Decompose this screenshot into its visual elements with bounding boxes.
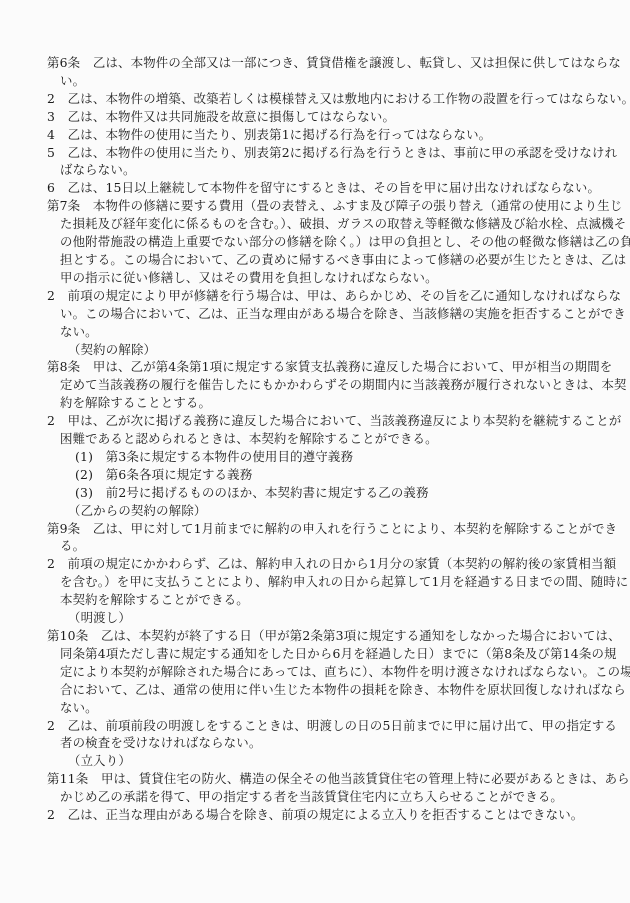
document-line: 2 乙は、本物件の増築、改築若しくは模様替え又は敷地内における工作物の設置を行っ… — [47, 90, 603, 108]
document-line: 甲の指示に従い修繕し、又はその費用を負担しなければならない。 — [47, 269, 603, 287]
document-line: 2 前項の規定にかかわらず、乙は、解約申入れの日から1月分の家賃（本契約の解約後… — [47, 555, 603, 573]
line-text: 困難であると認められるときは、本契約を解除することができる。 — [60, 431, 438, 446]
line-text: 2 前項の規定により甲が修繕を行う場合は、甲は、あらかじめ、その旨を乙に通知しな… — [47, 288, 621, 303]
document-line: 5 乙は、本物件の使用に当たり、別表第2に掲げる行為を行うときは、事前に甲の承認… — [47, 144, 603, 162]
document-line: 4 乙は、本物件の使用に当たり、別表第1に掲げる行為を行ってはならない。 — [47, 126, 603, 144]
document-line: かじめ乙の承諾を得て、甲の指定する者を当該賃貸住宅内に立ち入らせることができる。 — [47, 788, 603, 806]
line-text: (3) 前2号に掲げるもののほか、本契約書に規定する乙の義務 — [75, 485, 429, 500]
document-line: 困難であると認められるときは、本契約を解除することができる。 — [47, 430, 603, 448]
document-line: 第11条 甲は、賃貸住宅の防火、構造の保全その他当該賃貸住宅の管理上特に必要があ… — [47, 770, 603, 788]
line-text: 定めて当該義務の履行を催告したにもかかわらずその期間内に当該義務が履行されないと… — [60, 377, 627, 392]
line-text: かじめ乙の承諾を得て、甲の指定する者を当該賃貸住宅内に立ち入らせることができる。 — [60, 789, 563, 804]
document-line: （契約の解除） — [47, 341, 603, 359]
document-line: 本契約を解除することができる。 — [47, 591, 603, 609]
line-text: ばならない。 — [60, 162, 136, 177]
line-text: を含む。）を甲に支払うことにより、解約申入れの日から起算して1月を経過する日まで… — [60, 574, 628, 589]
line-text: の他附帯施設の構造上重要でない部分の修繕を除く。）は甲の負担とし、その他の軽微な… — [60, 234, 630, 249]
document-line: 第6条 乙は、本物件の全部又は一部につき、賃貸借権を譲渡し、転貸し、又は担保に供… — [47, 54, 603, 72]
contract-page: 第6条 乙は、本物件の全部又は一部につき、賃貸借権を譲渡し、転貸し、又は担保に供… — [47, 54, 603, 824]
document-line: 者の検査を受けなければならない。 — [47, 734, 603, 752]
line-text: （明渡し） — [68, 610, 131, 625]
document-line: い。この場合において、乙は、正当な理由がある場合を除き、当該修繕の実施を拒否する… — [47, 305, 603, 323]
document-line: 2 乙は、前項前段の明渡しをすることきは、明渡しの日の5日前までに甲に届け出て、… — [47, 717, 603, 735]
line-text: た損耗及び経年変化に係るものを含む。）、破損、ガラスの取替え等軽微な修繕及び給水… — [60, 216, 626, 231]
line-text: 3 乙は、本物件又は共同施設を故意に損傷してはならない。 — [47, 109, 395, 124]
document-line: （立入り） — [47, 752, 603, 770]
document-line: （明渡し） — [47, 609, 603, 627]
line-text: 本契約を解除することができる。 — [60, 592, 249, 607]
document-line: 第7条 本物件の修繕に要する費用（畳の表替え、ふすま及び障子の張り替え（通常の使… — [47, 197, 603, 215]
document-line: の他附帯施設の構造上重要でない部分の修繕を除く。）は甲の負担とし、その他の軽微な… — [47, 233, 603, 251]
document-line: 3 乙は、本物件又は共同施設を故意に損傷してはならない。 — [47, 108, 603, 126]
document-line: 第8条 甲は、乙が第4条第1項に規定する家賃支払義務に違反した場合において、甲が… — [47, 358, 603, 376]
line-text: 第10条 乙は、本契約が終了する日（甲が第2条第3項に規定する通知をしなかった場… — [47, 628, 621, 643]
line-text: （契約の解除） — [68, 342, 156, 357]
line-text: 者の検査を受けなければならない。 — [60, 735, 261, 750]
document-line: ばならない。 — [47, 161, 603, 179]
line-text: 2 乙は、前項前段の明渡しをすることきは、明渡しの日の5日前までに甲に届け出て、… — [47, 718, 617, 733]
document-line: 定めて当該義務の履行を催告したにもかかわらずその期間内に当該義務が履行されないと… — [47, 376, 603, 394]
document-line: 2 甲は、乙が次に掲げる義務に違反した場合において、当該義務違反により本契約を継… — [47, 412, 603, 430]
document-line: 2 前項の規定により甲が修繕を行う場合は、甲は、あらかじめ、その旨を乙に通知しな… — [47, 287, 603, 305]
document-line: 約を解除することとする。 — [47, 394, 603, 412]
line-text: 第7条 本物件の修繕に要する費用（畳の表替え、ふすま及び障子の張り替え（通常の使… — [47, 198, 622, 213]
line-text: 担とする。この場合において、乙の責めに帰するべき事由によって修繕の必要が生じたと… — [60, 252, 626, 267]
line-text: 2 甲は、乙が次に掲げる義務に違反した場合において、当該義務違反により本契約を継… — [47, 413, 621, 428]
document-line: 同条第4項ただし書に規定する通知をした日から6月を経過した日）までに（第8条及び… — [47, 645, 603, 663]
line-text: （立入り） — [68, 753, 131, 768]
document-line: （乙からの契約の解除） — [47, 502, 603, 520]
line-text: 合において、乙は、通常の使用に伴い生じた本物件の損耗を除き、本物件を原状回復しな… — [60, 682, 626, 697]
document-line: 合において、乙は、通常の使用に伴い生じた本物件の損耗を除き、本物件を原状回復しな… — [47, 681, 603, 699]
document-line: 6 乙は、15日以上継続して本物件を留守にするときは、その旨を甲に届け出なければ… — [47, 179, 603, 197]
document-line: 第10条 乙は、本契約が終了する日（甲が第2条第3項に規定する通知をしなかった場… — [47, 627, 603, 645]
line-text: 2 乙は、正当な理由がある場合を除き、前項の規定による立入りを拒否することはでき… — [47, 807, 583, 822]
line-text: 定により本契約が解除された場合にあっては、直ちに）、本物件を明け渡さなければなら… — [60, 664, 630, 679]
line-text: ない。 — [60, 700, 98, 715]
document-line: を含む。）を甲に支払うことにより、解約申入れの日から起算して1月を経過する日まで… — [47, 573, 603, 591]
line-text: い。 — [60, 73, 85, 88]
document-line: (1) 第3条に規定する本物件の使用目的遵守義務 — [47, 448, 603, 466]
line-text: 第8条 甲は、乙が第4条第1項に規定する家賃支払義務に違反した場合において、甲が… — [47, 359, 612, 374]
line-text: 約を解除することとする。 — [60, 395, 211, 410]
line-text: 第11条 甲は、賃貸住宅の防火、構造の保全その他当該賃貸住宅の管理上特に必要があ… — [47, 771, 630, 786]
line-text: 4 乙は、本物件の使用に当たり、別表第1に掲げる行為を行ってはならない。 — [47, 127, 491, 142]
document-line: ない。 — [47, 699, 603, 717]
line-text: (1) 第3条に規定する本物件の使用目的遵守義務 — [75, 449, 353, 464]
document-line: 担とする。この場合において、乙の責めに帰するべき事由によって修繕の必要が生じたと… — [47, 251, 603, 269]
line-text: ない。 — [60, 324, 98, 339]
document-line: ない。 — [47, 323, 603, 341]
document-line: (2) 第6条各項に規定する義務 — [47, 466, 603, 484]
document-line: (3) 前2号に掲げるもののほか、本契約書に規定する乙の義務 — [47, 484, 603, 502]
line-text: (2) 第6条各項に規定する義務 — [75, 467, 252, 482]
line-text: 甲の指示に従い修繕し、又はその費用を負担しなければならない。 — [60, 270, 438, 285]
document-line: 定により本契約が解除された場合にあっては、直ちに）、本物件を明け渡さなければなら… — [47, 663, 603, 681]
line-text: 第6条 乙は、本物件の全部又は一部につき、賃貸借権を譲渡し、転貸し、又は担保に供… — [47, 55, 621, 70]
document-line: た損耗及び経年変化に係るものを含む。）、破損、ガラスの取替え等軽微な修繕及び給水… — [47, 215, 603, 233]
line-text: （乙からの契約の解除） — [68, 503, 207, 518]
line-text: 第9条 乙は、甲に対して1月前までに解約の申入れを行うことにより、本契約を解除す… — [47, 521, 617, 536]
document-line: い。 — [47, 72, 603, 90]
line-text: 2 前項の規定にかかわらず、乙は、解約申入れの日から1月分の家賃（本契約の解約後… — [47, 556, 616, 571]
document-line: る。 — [47, 537, 603, 555]
document-line: 第9条 乙は、甲に対して1月前までに解約の申入れを行うことにより、本契約を解除す… — [47, 520, 603, 538]
line-text: 5 乙は、本物件の使用に当たり、別表第2に掲げる行為を行うときは、事前に甲の承認… — [47, 145, 617, 160]
line-text: 同条第4項ただし書に規定する通知をした日から6月を経過した日）までに（第8条及び… — [60, 646, 617, 661]
line-text: 6 乙は、15日以上継続して本物件を留守にするときは、その旨を甲に届け出なければ… — [47, 180, 600, 195]
line-text: る。 — [60, 538, 85, 553]
line-text: 2 乙は、本物件の増築、改築若しくは模様替え又は敷地内における工作物の設置を行っ… — [47, 91, 630, 106]
document-line: 2 乙は、正当な理由がある場合を除き、前項の規定による立入りを拒否することはでき… — [47, 806, 603, 824]
line-text: い。この場合において、乙は、正当な理由がある場合を除き、当該修繕の実施を拒否する… — [60, 306, 626, 321]
